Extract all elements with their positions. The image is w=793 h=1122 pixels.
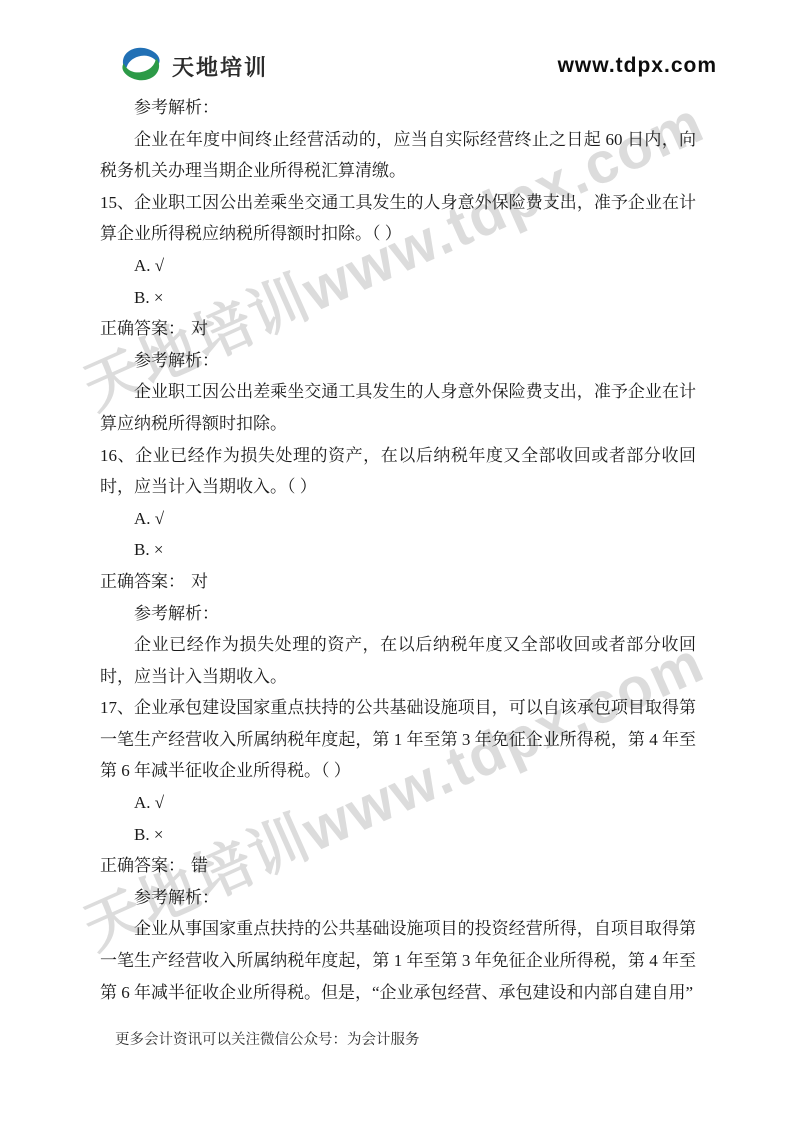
question-17: 17、企业承包建设国家重点扶持的公共基础设施项目，可以自该承包项目取得第一笔生产… [100, 692, 696, 1008]
question-stem: 17、企业承包建设国家重点扶持的公共基础设施项目，可以自该承包项目取得第一笔生产… [100, 692, 696, 787]
answer-line: 正确答案：对 [100, 566, 696, 598]
analysis-text: 企业已经作为损失处理的资产，在以后纳税年度又全部收回或者部分收回时，应当计入当期… [100, 629, 696, 692]
analysis-label: 参考解析： [100, 882, 696, 914]
brand-name: 天地培训 [172, 51, 268, 82]
answer-value: 对 [191, 572, 208, 591]
answer-line: 正确答案：错 [100, 850, 696, 882]
question-stem: 15、企业职工因公出差乘坐交通工具发生的人身意外保险费支出，准予企业在计算企业所… [100, 187, 696, 250]
option-a: A. √ [100, 787, 696, 819]
document-body: 参考解析： 企业在年度中间终止经营活动的，应当自实际经营终止之日起 60 日内，… [100, 92, 696, 1008]
analysis-label: 参考解析： [100, 92, 696, 124]
analysis-text: 企业职工因公出差乘坐交通工具发生的人身意外保险费支出，准予企业在计算应纳税所得额… [100, 376, 696, 439]
question-16: 16、企业已经作为损失处理的资产，在以后纳税年度又全部收回或者部分收回时，应当计… [100, 440, 696, 693]
option-b: B. × [100, 819, 696, 851]
answer-label: 正确答案： [100, 319, 185, 338]
page-footer: 更多会计资讯可以关注微信公众号：为会计服务 [115, 1028, 420, 1049]
option-b: B. × [100, 282, 696, 314]
answer-value: 错 [191, 856, 208, 875]
analysis-label: 参考解析： [100, 345, 696, 377]
website-url: www.tdpx.com [558, 54, 717, 78]
question-15: 15、企业职工因公出差乘坐交通工具发生的人身意外保险费支出，准予企业在计算企业所… [100, 187, 696, 440]
footer-note: 更多会计资讯可以关注微信公众号：为会计服务 [115, 1028, 420, 1049]
analysis-label: 参考解析： [100, 598, 696, 630]
option-b: B. × [100, 534, 696, 566]
analysis-text: 企业在年度中间终止经营活动的，应当自实际经营终止之日起 60 日内，向税务机关办… [100, 124, 696, 187]
answer-value: 对 [191, 319, 208, 338]
document-page: 天地培训www.tdpx.com 天地培训www.tdpx.com 天地培训 w… [0, 0, 793, 1122]
page-header: 天地培训 www.tdpx.com [118, 44, 717, 88]
option-a: A. √ [100, 503, 696, 535]
option-a: A. √ [100, 250, 696, 282]
question-stem: 16、企业已经作为损失处理的资产，在以后纳税年度又全部收回或者部分收回时，应当计… [100, 440, 696, 503]
logo-swirl-icon [118, 45, 164, 88]
analysis-text: 企业从事国家重点扶持的公共基础设施项目的投资经营所得，自项目取得第一笔生产经营收… [100, 913, 696, 1008]
brand-logo: 天地培训 [118, 45, 268, 88]
answer-line: 正确答案：对 [100, 313, 696, 345]
answer-label: 正确答案： [100, 572, 185, 591]
answer-label: 正确答案： [100, 856, 185, 875]
